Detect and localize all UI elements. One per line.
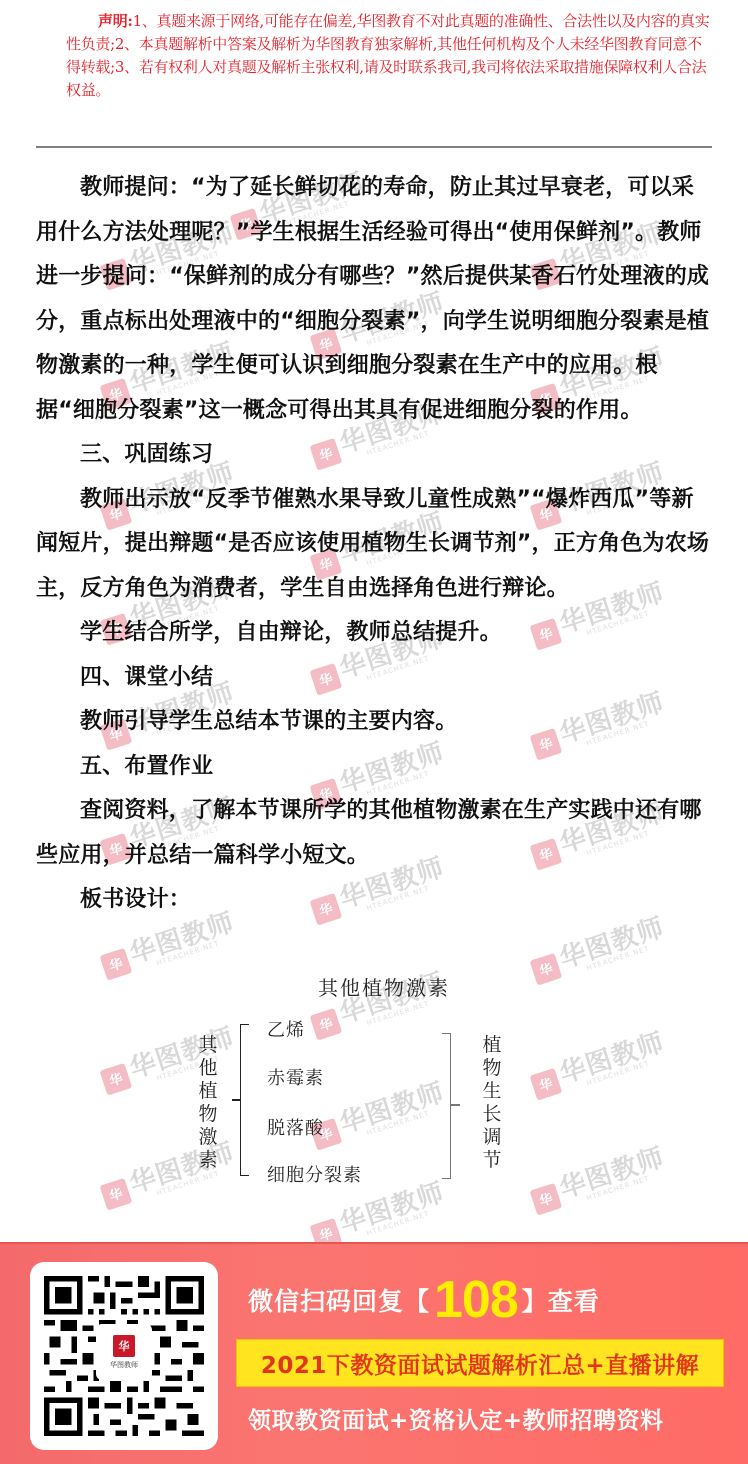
banner-highlight: 2021下教资面试试题解析汇总+直播讲解 xyxy=(237,1340,723,1386)
left-brace xyxy=(240,1024,249,1176)
board-left-label: 其他植物激素 xyxy=(197,1034,219,1172)
right-brace xyxy=(442,1033,451,1179)
paragraph-debate: 教师出示放“反季节催熟水果导致儿童性成熟”“爆炸西瓜”等新闻短片，提出辩题“是否… xyxy=(36,478,712,612)
left-brace-tick xyxy=(232,1099,240,1101)
paragraph-debate-summary: 学生结合所学，自由辩论，教师总结提升。 xyxy=(36,611,712,656)
brand-logo-icon: 华 xyxy=(113,1335,135,1357)
disclaimer-lead: 声明: xyxy=(98,12,133,30)
board-item-gibberellin: 赤霉素 xyxy=(267,1064,324,1090)
paragraph-homework: 查阅资料，了解本节课所学的其他植物激素在生产实践中还有哪些应用，并总结一篇科学小… xyxy=(36,789,712,878)
promo-banner[interactable]: 华 华图教师 微信扫码回复【108】查看 2021下教资面试试题解析汇总+直播讲… xyxy=(0,1242,748,1464)
divider xyxy=(36,146,712,148)
qr-code-card[interactable]: 华 华图教师 xyxy=(30,1262,218,1450)
board-title: 其他植物激素 xyxy=(318,972,450,1001)
qr-brand-logo: 华 华图教师 xyxy=(96,1324,152,1380)
paragraph-class-summary: 教师引导学生总结本节课的主要内容。 xyxy=(36,700,712,745)
paragraph-teacher-question: 教师提问：“为了延长鲜切花的寿命，防止其过早衰老，可以采用什么方法处理呢？”学生… xyxy=(36,166,712,433)
heading-homework: 五、布置作业 xyxy=(36,745,712,790)
banner-scan-instruction: 微信扫码回复【108】查看 xyxy=(248,1270,600,1330)
board-design-diagram: 其他植物激素 其他植物激素 乙烯 赤霉素 脱落酸 细胞分裂素 植物生长调节 xyxy=(0,960,748,1200)
heading-consolidation-practice: 三、巩固练习 xyxy=(36,433,712,478)
right-brace-tick xyxy=(451,1104,460,1106)
board-item-abscisic-acid: 脱落酸 xyxy=(267,1114,324,1140)
lesson-content: 教师提问：“为了延长鲜切花的寿命，防止其过早衰老，可以采用什么方法处理呢？”学生… xyxy=(36,166,712,923)
reply-code: 108 xyxy=(434,1270,518,1330)
banner-subtext: 领取教资面试+资格认定+教师招聘资料 xyxy=(248,1402,664,1435)
board-right-label: 植物生长调节 xyxy=(481,1034,503,1172)
brand-name: 华图教师 xyxy=(110,1360,138,1370)
heading-board-design: 板书设计： xyxy=(36,878,712,923)
heading-class-summary: 四、课堂小结 xyxy=(36,656,712,701)
board-item-cytokinin: 细胞分裂素 xyxy=(267,1161,362,1187)
disclaimer: 声明:1、真题来源于网络,可能存在偏差,华图教育不对此真题的准确性、合法性以及内… xyxy=(66,10,712,102)
disclaimer-text: 1、真题来源于网络,可能存在偏差,华图教育不对此真题的准确性、合法性以及内容的真… xyxy=(66,12,709,99)
board-item-ethylene: 乙烯 xyxy=(267,1016,305,1042)
